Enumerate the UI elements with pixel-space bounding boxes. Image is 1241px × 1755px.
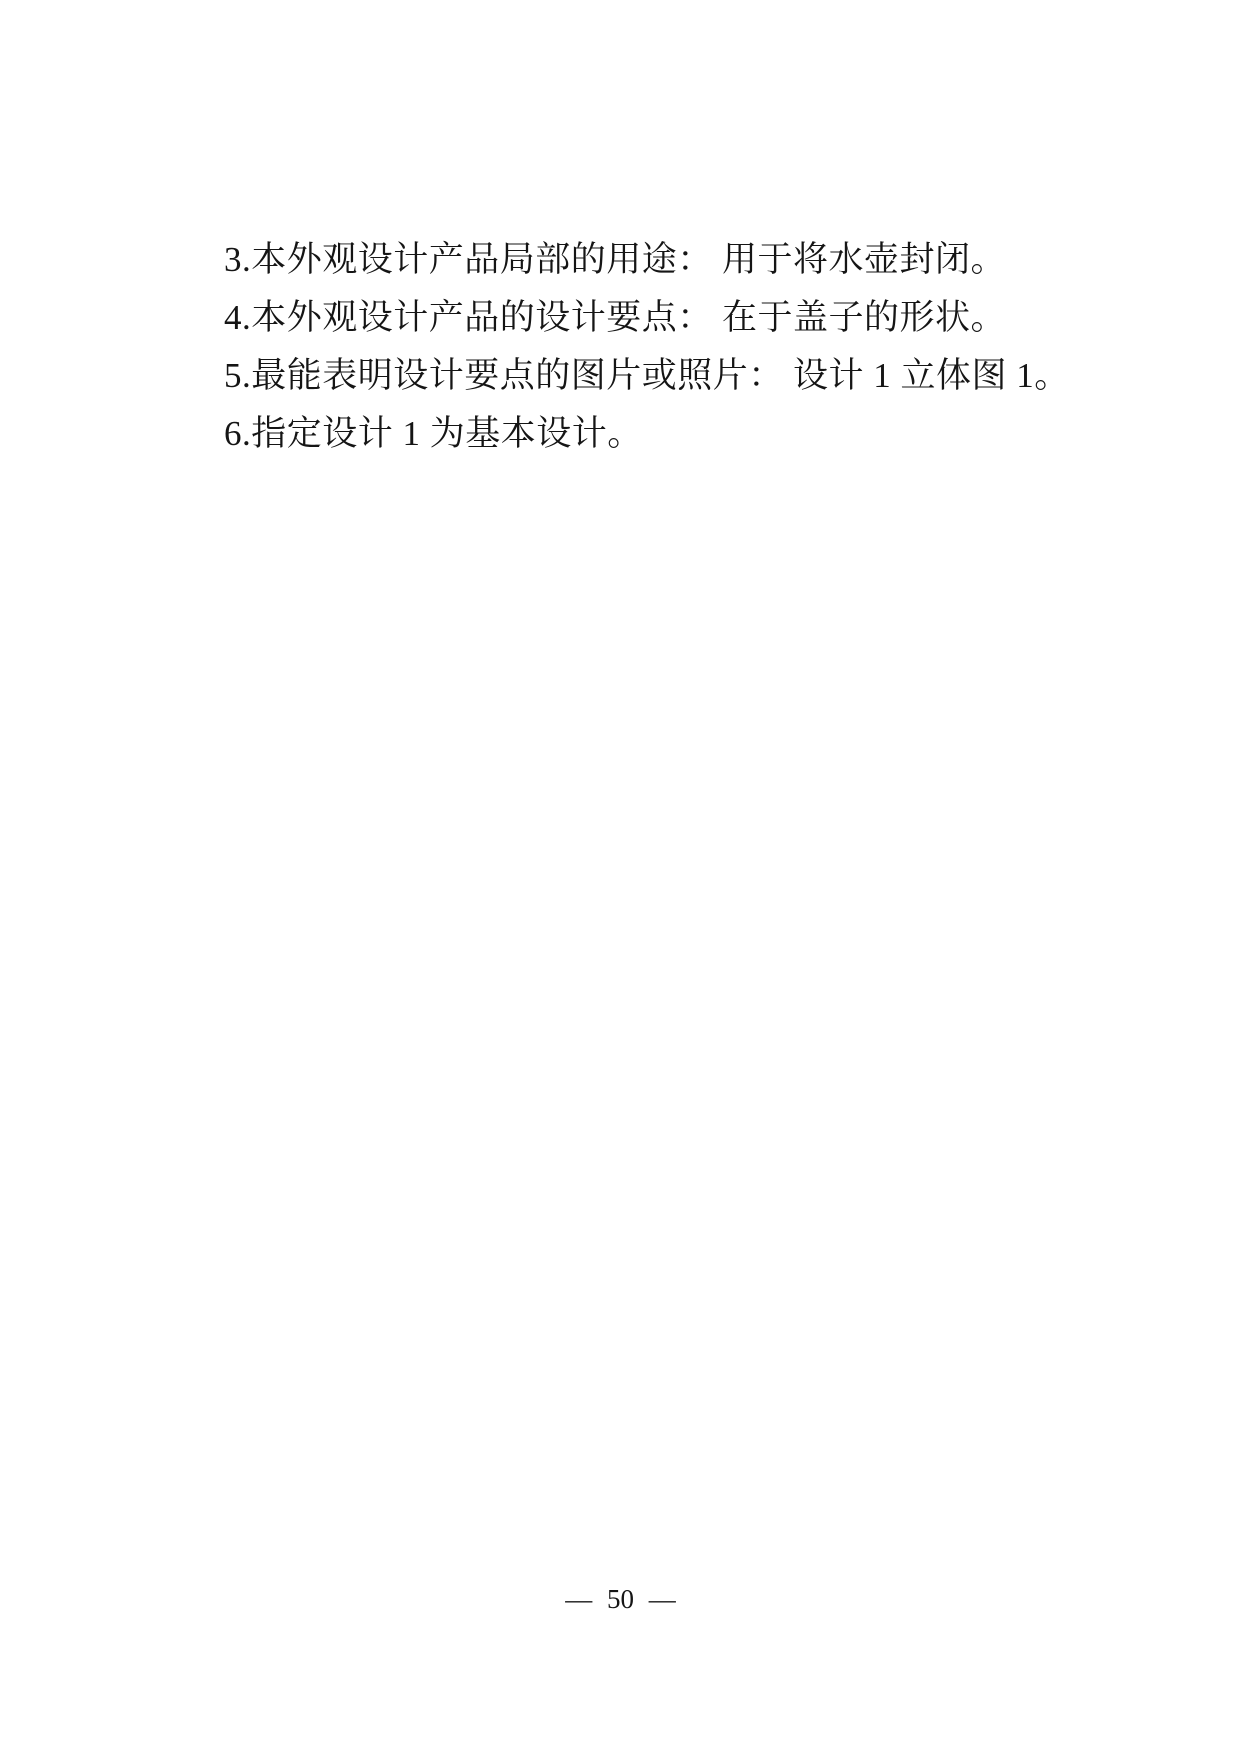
description-line-4: 4.本外观设计产品的设计要点： 在于盖子的形状。 bbox=[224, 289, 1181, 347]
page-number: — 50 — bbox=[565, 1584, 676, 1614]
document-page: 3.本外观设计产品局部的用途： 用于将水壶封闭。 4.本外观设计产品的设计要点：… bbox=[0, 0, 1241, 1755]
description-line-5: 5.最能表明设计要点的图片或照片： 设计 1 立体图 1。 bbox=[224, 347, 1181, 405]
description-line-6: 6.指定设计 1 为基本设计。 bbox=[224, 405, 1181, 463]
brief-description-section: 3.本外观设计产品局部的用途： 用于将水壶封闭。 4.本外观设计产品的设计要点：… bbox=[224, 231, 1181, 463]
description-line-3: 3.本外观设计产品局部的用途： 用于将水壶封闭。 bbox=[224, 231, 1181, 289]
page-footer: — 50 — bbox=[0, 1584, 1241, 1615]
